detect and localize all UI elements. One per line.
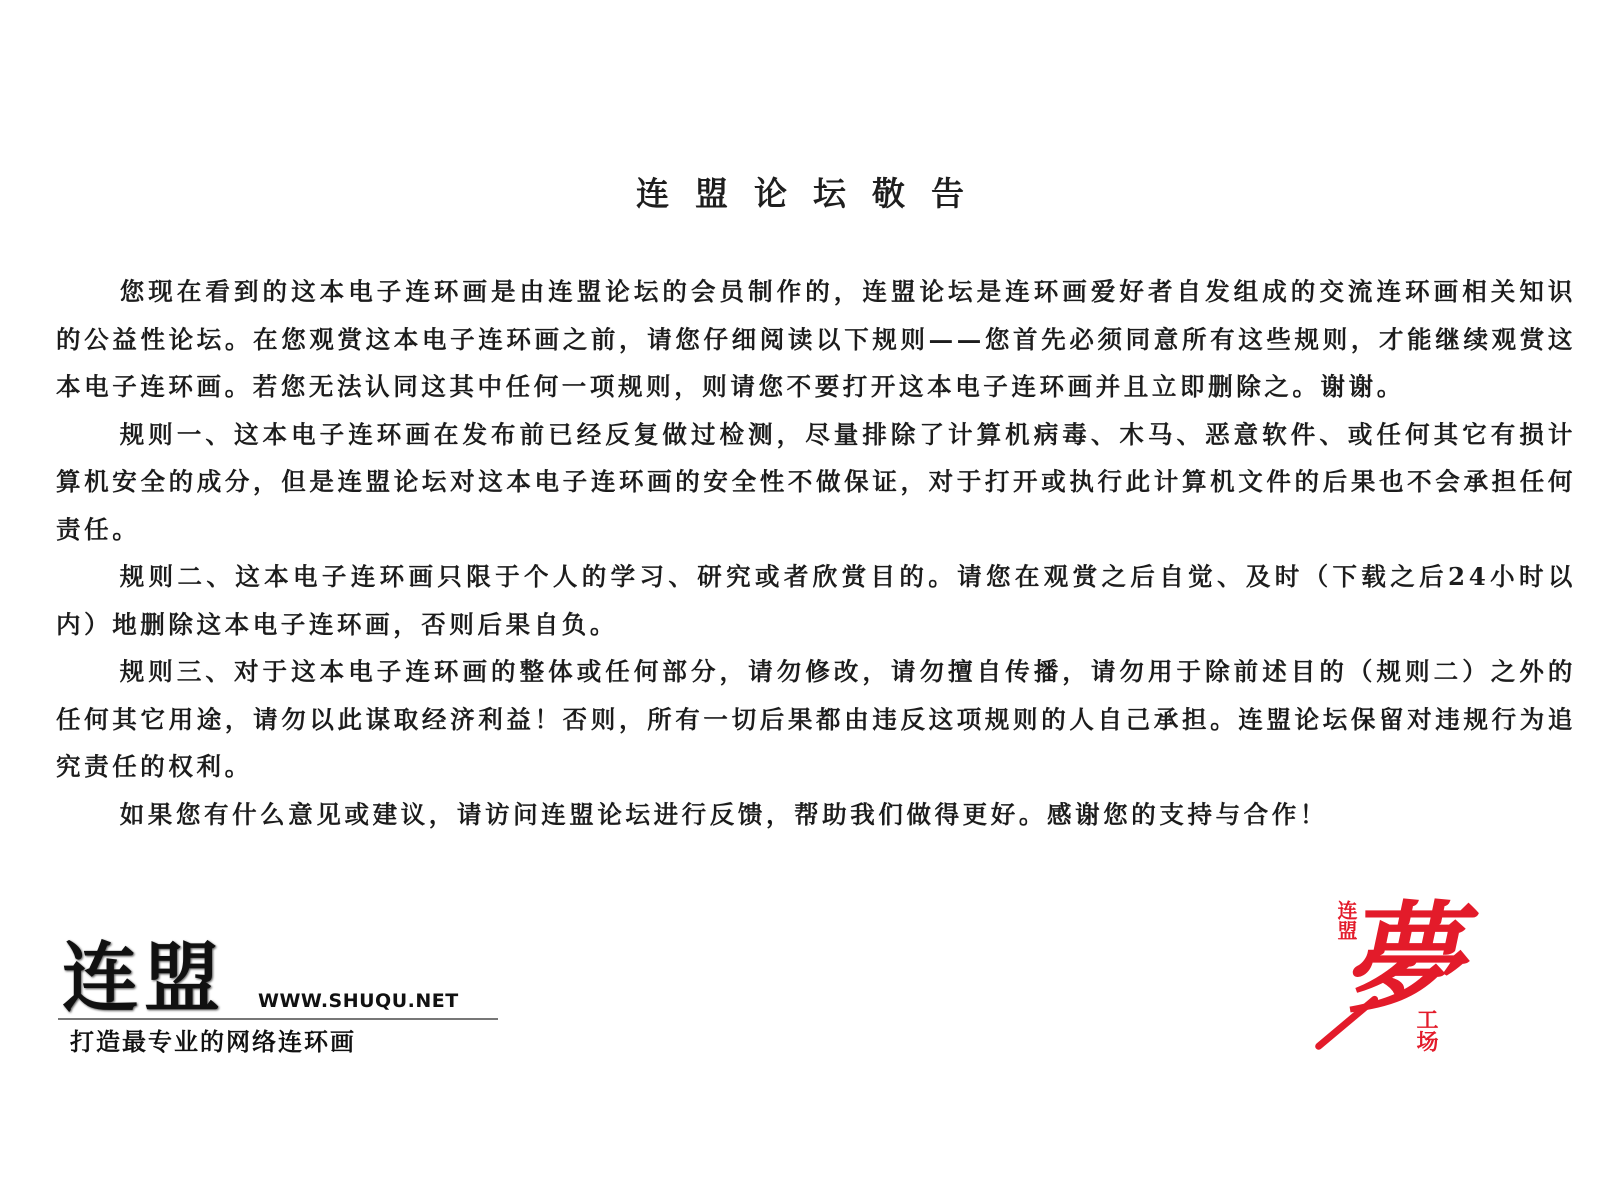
logo-calligraphy-text: 连盟 (62, 938, 226, 1018)
closing-paragraph: 如果您有什么意见或建议，请访问连盟论坛进行反馈，帮助我们做得更好。感谢您的支持与… (56, 791, 1576, 839)
logo-workshop-text: 工场 (1414, 1008, 1438, 1052)
logo-small-text: 连盟 (1334, 900, 1358, 940)
lianmeng-logo: 连盟 WWW.SHUQU.NET 打造最专业的网络连环画 (58, 938, 508, 1058)
notice-body: 您现在看到的这本电子连环画是由连盟论坛的会员制作的，连盟论坛是连环画爱好者自发组… (56, 268, 1576, 838)
page-title: 连盟论坛敬告 (0, 168, 1600, 215)
intro-paragraph: 您现在看到的这本电子连环画是由连盟论坛的会员制作的，连盟论坛是连环画爱好者自发组… (56, 268, 1576, 411)
rule-three-paragraph: 规则三、对于这本电子连环画的整体或任何部分，请勿修改，请勿擅自传播，请勿用于除前… (56, 648, 1576, 791)
logo-divider (58, 1018, 498, 1020)
logo-website-url: WWW.SHUQU.NET (258, 990, 459, 1012)
logo-slogan: 打造最专业的网络连环画 (70, 1022, 356, 1057)
rule-two-paragraph: 规则二、这本电子连环画只限于个人的学习、研究或者欣赏目的。请您在观赏之后自觉、及… (56, 553, 1576, 648)
dream-workshop-logo: 连盟 夢 工场 (1320, 880, 1450, 1070)
rule-one-paragraph: 规则一、这本电子连环画在发布前已经反复做过检测，尽量排除了计算机病毒、木马、恶意… (56, 411, 1576, 554)
